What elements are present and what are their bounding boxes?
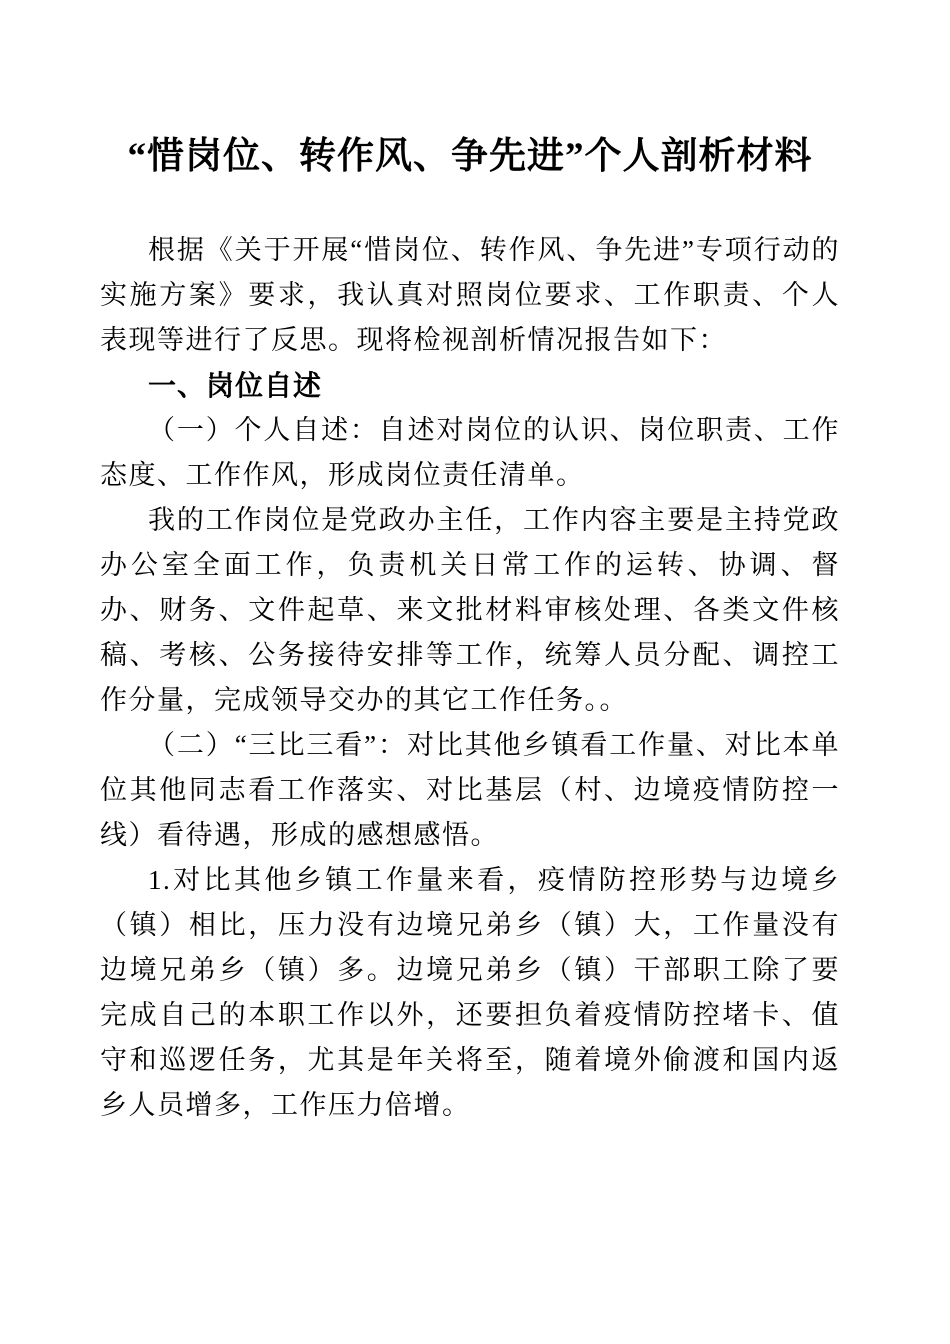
section-heading: 一、岗位自述 bbox=[100, 363, 840, 408]
paragraph-comparison-detail: 1.对比其他乡镇工作量来看，疫情防控形势与边境乡（镇）相比，压力没有边境兄弟乡（… bbox=[100, 858, 840, 1128]
paragraph-self-statement: （一）个人自述：自述对岗位的认识、岗位职责、工作态度、工作作风，形成岗位责任清单… bbox=[100, 408, 840, 498]
document-body: 根据《关于开展“惜岗位、转作风、争先进”专项行动的实施方案》要求，我认真对照岗位… bbox=[100, 228, 840, 1128]
document-page: “惜岗位、转作风、争先进”个人剖析材料 根据《关于开展“惜岗位、转作风、争先进”… bbox=[0, 0, 950, 1344]
paragraph-intro: 根据《关于开展“惜岗位、转作风、争先进”专项行动的实施方案》要求，我认真对照岗位… bbox=[100, 228, 840, 363]
paragraph-job-description: 我的工作岗位是党政办主任，工作内容主要是主持党政办公室全面工作，负责机关日常工作… bbox=[100, 498, 840, 723]
document-content: “惜岗位、转作风、争先进”个人剖析材料 根据《关于开展“惜岗位、转作风、争先进”… bbox=[100, 136, 840, 1128]
paragraph-three-comparisons: （二）“三比三看”：对比其他乡镇看工作量、对比本单位其他同志看工作落实、对比基层… bbox=[100, 723, 840, 858]
document-title: “惜岗位、转作风、争先进”个人剖析材料 bbox=[100, 136, 840, 178]
